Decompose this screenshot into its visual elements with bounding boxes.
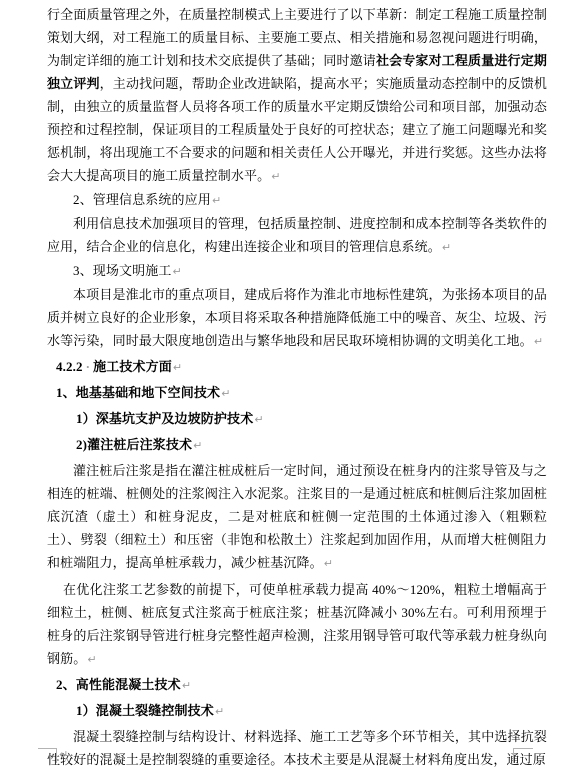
text-run: 在优化注浆工艺参数的前提下，可使单桩承载力提高 40%～120%，粗粒土增幅高于…: [47, 582, 547, 666]
paragraph-mark-icon: ↵: [86, 653, 96, 666]
subheading-2-post-grouting-pile: 2)灌注桩后注浆技术↵: [47, 433, 547, 457]
heading-4-2-2-construction-technology: 4.2.2·施工技术方面↵: [47, 355, 547, 379]
paragraph-mark-icon: ↵: [220, 387, 230, 400]
list-item-2-management-info: 2、管理信息系统的应用↵: [47, 188, 547, 212]
text-boundary-mark-left-vertical: [56, 748, 57, 763]
paragraph-crack-control: 混凝土裂缝控制与结构设计、材料选择、施工工艺等多个环节相关，其中选择抗裂性较好的…: [47, 725, 547, 771]
text-run: 灌注桩后注浆是指在灌注桩成桩后一定时间，通过预设在桩身内的注浆导管及与之相连的桩…: [47, 463, 547, 570]
text-boundary-mark-right-horizontal: [513, 748, 533, 749]
paragraph-mark-icon: ↵: [211, 194, 221, 207]
bold-text-run: 4.2.2: [56, 359, 83, 374]
text-run: 混凝土裂缝控制与结构设计、材料选择、施工工艺等多个环节相关，其中选择抗裂性较好的…: [47, 729, 547, 767]
paragraph-mark-icon: ↵: [172, 361, 182, 374]
paragraph-mark-icon: ↵: [270, 170, 280, 183]
text-run: ，主动找问题，帮助企业改进缺陷，提高水平；实施质量动态控制中的反馈机制，由独立的…: [47, 76, 547, 183]
paragraph-mark-icon: ↵: [441, 241, 451, 254]
bold-text-run: 1）深基坑支护及边坡防护技术: [76, 411, 253, 426]
paragraph-grouting-parameters: 在优化注浆工艺参数的前提下，可使单桩承载力提高 40%～120%，粗粒土增幅高于…: [47, 578, 547, 671]
paragraph-mark-icon: ↵: [214, 705, 224, 718]
text-run: 本项目是淮北市的重点项目，建成后将作为淮北市地标性建筑，为张扬本项目的品质并树立…: [47, 287, 547, 348]
paragraph-mark-icon: ↵: [533, 335, 543, 348]
paragraph-quality-control: 行全面质量管理之外，在质量控制模式上主要进行了以下革新：制定工程施工质量控制策划…: [47, 3, 547, 188]
paragraph-mark-icon: ↵: [59, 747, 68, 762]
paragraph-huaibei-project: 本项目是淮北市的重点项目，建成后将作为淮北市地标性建筑，为张扬本项目的品质并树立…: [47, 283, 547, 353]
paragraph-mark-icon: ↵: [181, 679, 191, 692]
subheading-1-deep-pit-support: 1）深基坑支护及边坡防护技术↵: [47, 407, 547, 431]
paragraph-mark-icon: ↵: [323, 557, 333, 570]
paragraph-mark-icon: ↵: [253, 413, 263, 426]
paragraph-mark-icon: ↵: [172, 265, 182, 278]
document-page: 行全面质量管理之外，在质量控制模式上主要进行了以下革新：制定工程施工质量控制策划…: [0, 0, 582, 774]
text-boundary-mark-right-vertical: [513, 748, 514, 763]
text-run: 2、管理信息系统的应用: [73, 192, 211, 207]
text-run: 3、现场文明施工: [73, 263, 172, 278]
heading-2-high-performance-concrete: 2、高性能混凝土技术↵: [47, 673, 547, 697]
list-item-3-civilized-site: 3、现场文明施工↵: [47, 259, 547, 283]
bold-text-run: 1、地基基础和地下空间技术: [56, 385, 220, 400]
paragraph-mark-icon: ↵: [192, 439, 202, 452]
text-boundary-mark-left-horizontal: [38, 748, 57, 749]
bold-text-run: 2)灌注桩后注浆技术: [76, 437, 192, 452]
document-body: 行全面质量管理之外，在质量控制模式上主要进行了以下革新：制定工程施工质量控制策划…: [0, 0, 582, 771]
space-mark-icon: ·: [83, 359, 93, 374]
bold-text-run: 施工技术方面: [93, 359, 172, 374]
bold-text-run: 1）混凝土裂缝控制技术: [76, 703, 214, 718]
paragraph-post-grouting-definition: 灌注桩后注浆是指在灌注桩成桩后一定时间，通过预设在桩身内的注浆导管及与之相连的桩…: [47, 459, 547, 575]
paragraph-info-technology: 利用信息技术加强项目的管理，包括质量控制、进度控制和成本控制等各类软件的应用，结…: [47, 212, 547, 259]
text-run: 利用信息技术加强项目的管理，包括质量控制、进度控制和成本控制等各类软件的应用，结…: [47, 216, 547, 254]
bold-text-run: 2、高性能混凝土技术: [56, 677, 181, 692]
heading-1-foundation-underground: 1、地基基础和地下空间技术↵: [47, 381, 547, 405]
subheading-1-concrete-crack-control: 1）混凝土裂缝控制技术↵: [47, 699, 547, 723]
